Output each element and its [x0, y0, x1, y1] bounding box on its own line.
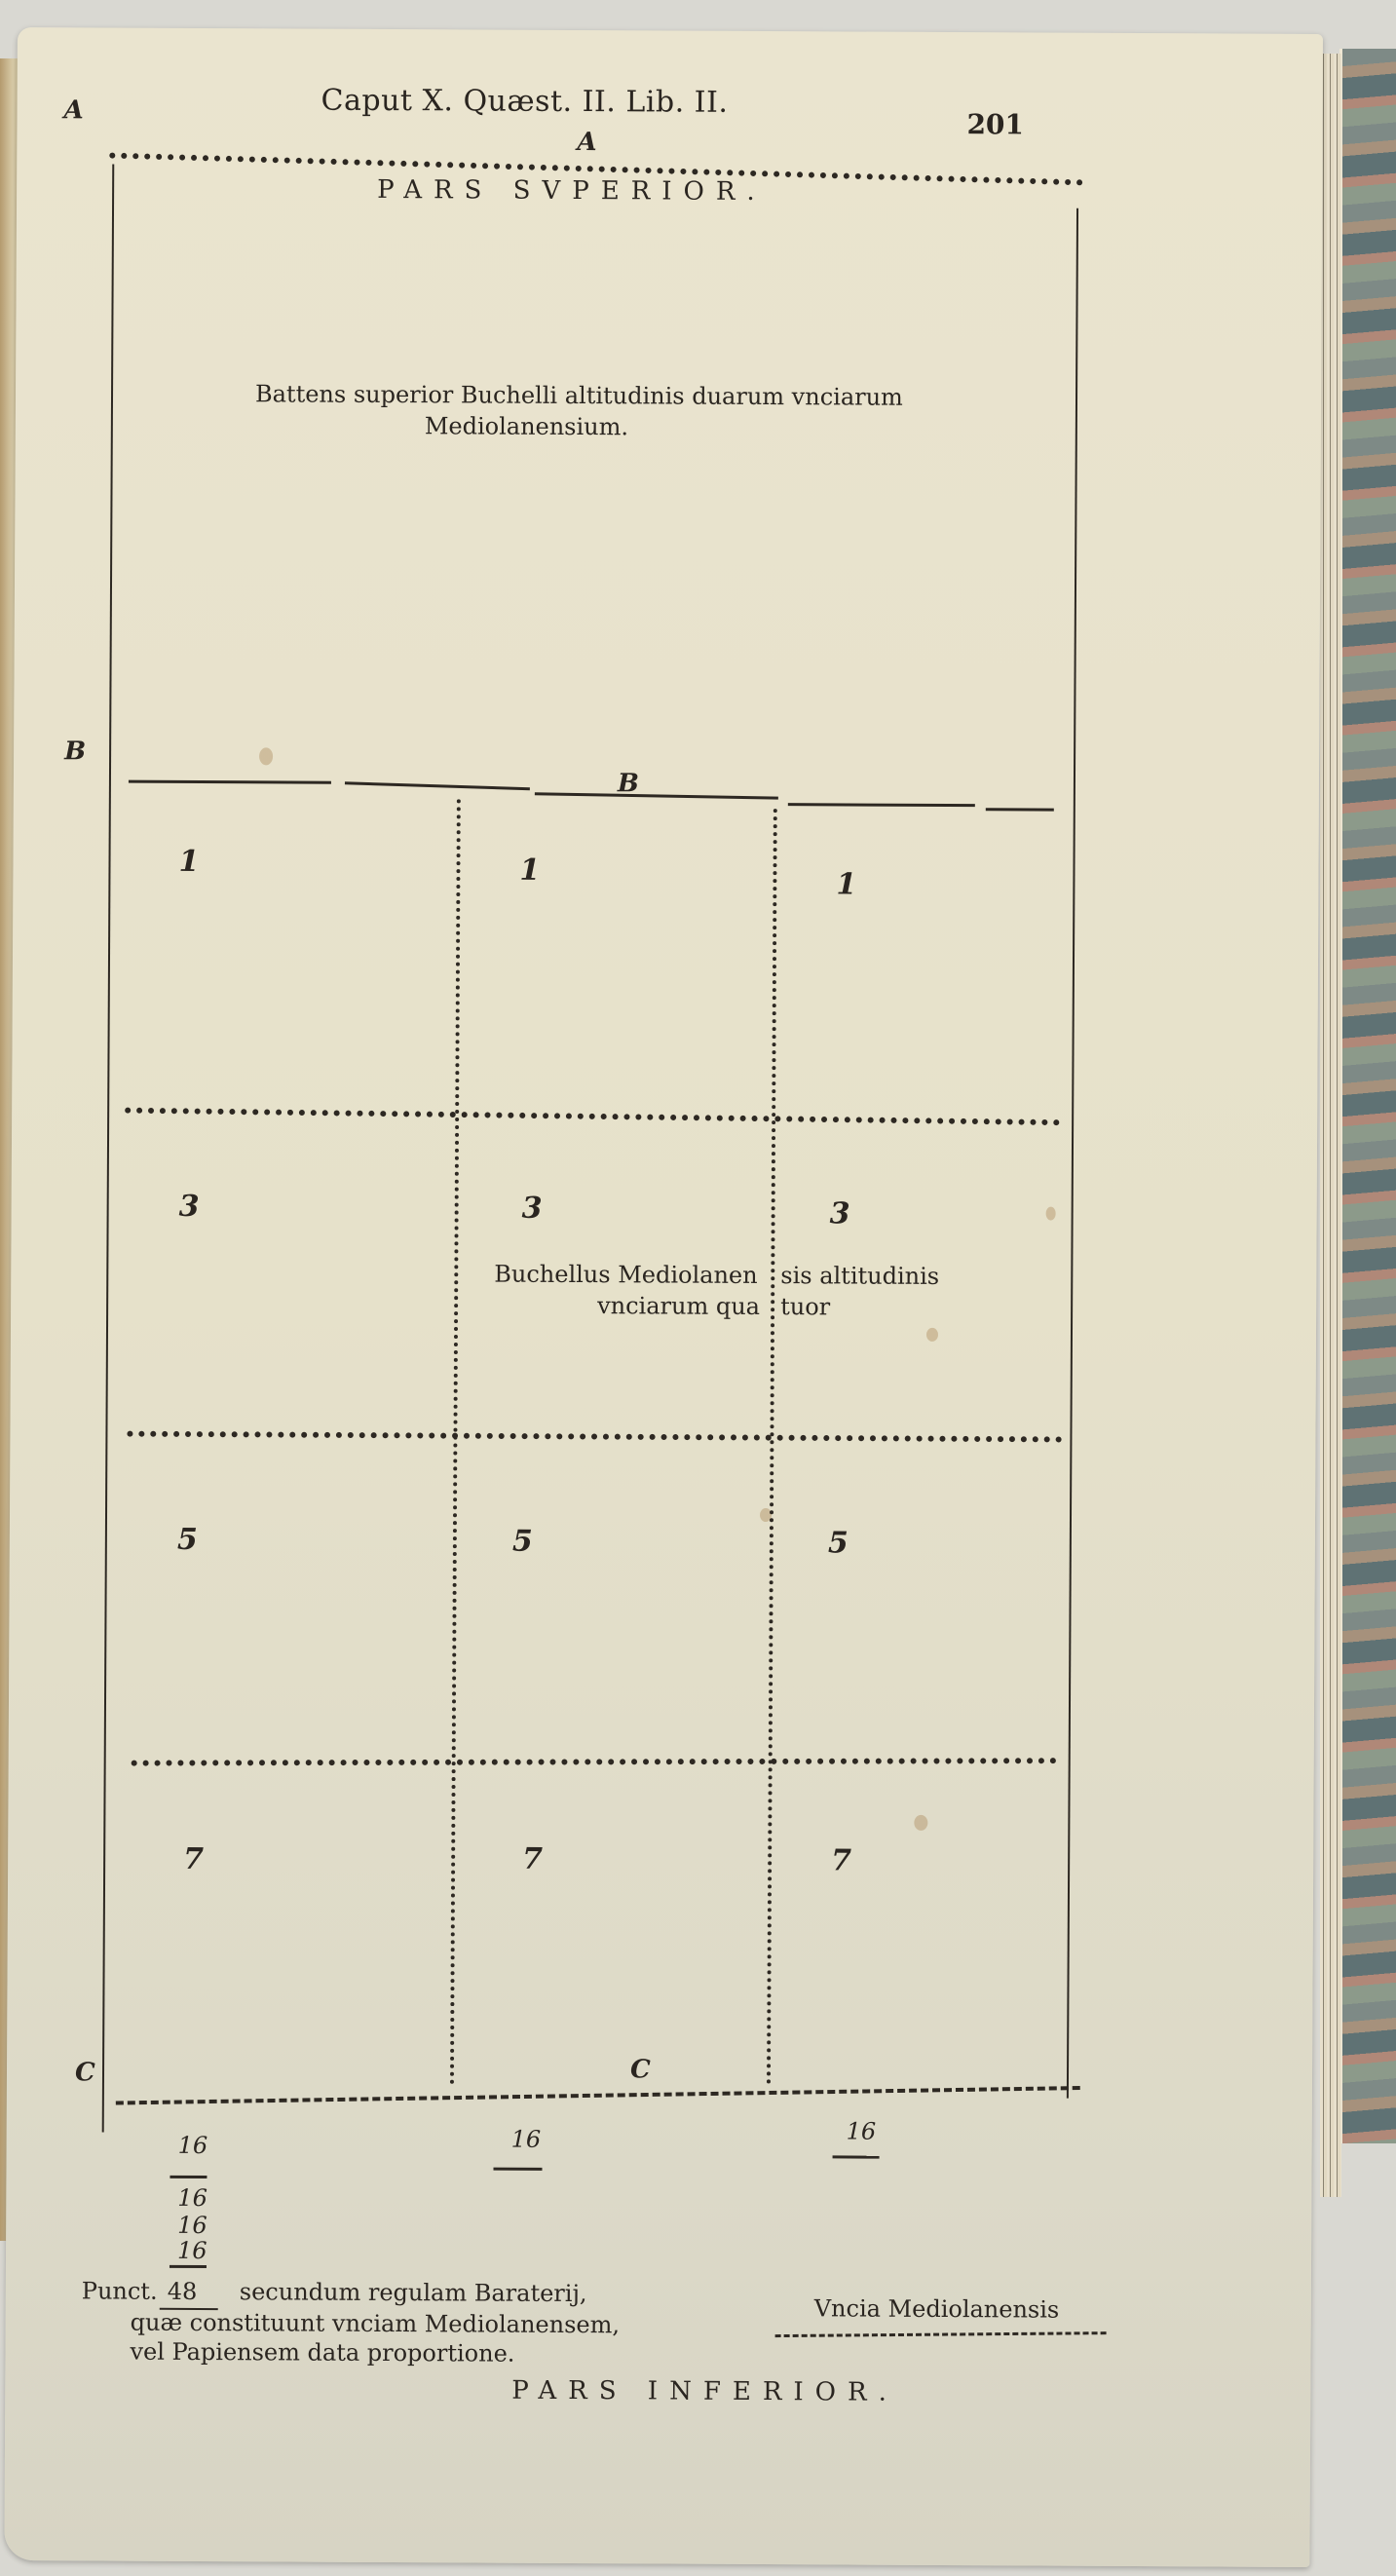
- cell-number-r3c2: 5: [512, 1525, 533, 1559]
- marker-c-left: C: [75, 2058, 95, 2087]
- b-line-segment: [788, 803, 975, 807]
- scale-label: Vncia Mediolanensis: [814, 2293, 1060, 2324]
- frame-left-line: [102, 165, 115, 2133]
- uncia-scale-line: [775, 2331, 1107, 2337]
- fraction-bar: [170, 2265, 207, 2268]
- footnote-line3: vel Papiensem data proportione.: [130, 2337, 514, 2368]
- frame-right-line: [1067, 208, 1078, 2099]
- book-fore-edge: [1339, 49, 1396, 2143]
- middle-caption-line2-left: vnciarum qua: [597, 1291, 760, 1321]
- cell-number-r1c1: 1: [178, 845, 199, 879]
- footnote-line1: secundum regulam Baraterij,: [240, 2277, 587, 2308]
- pars-inferior-label: PARS INFERIOR.: [511, 2376, 898, 2407]
- grid-row-divider: [127, 1431, 1062, 1443]
- footnote-label: Punct.: [82, 2276, 158, 2305]
- fraction-col1-16d: 16: [177, 2236, 208, 2265]
- cell-number-r3c1: 5: [177, 1523, 198, 1557]
- grid-column-divider: [450, 799, 461, 2085]
- bottom-border-line: [116, 2086, 1080, 2105]
- cell-number-r1c2: 1: [519, 853, 540, 888]
- fraction-bar: [170, 2176, 207, 2178]
- cell-number-r4c3: 7: [831, 1843, 851, 1877]
- fraction-bar: [493, 2168, 542, 2171]
- cell-number-r1c3: 1: [836, 867, 856, 901]
- fraction-bar: [833, 2155, 880, 2158]
- page-number: 201: [966, 108, 1024, 140]
- page-stack: [1320, 54, 1341, 2197]
- stain: [926, 1328, 938, 1342]
- b-line-segment: [345, 781, 530, 790]
- middle-caption-line1-left: Buchellus Mediolanen: [494, 1260, 757, 1290]
- upper-caption-line1: Battens superior Buchelli altitudinis du…: [255, 379, 903, 411]
- footnote-value: 48: [168, 2277, 198, 2306]
- cell-number-r2c2: 3: [522, 1192, 543, 1226]
- b-line-segment: [986, 808, 1054, 811]
- cell-number-r4c1: 7: [183, 1842, 204, 1876]
- stain: [1046, 1207, 1056, 1221]
- cell-number-r4c2: 7: [522, 1842, 543, 1876]
- cell-number-r3c3: 5: [828, 1526, 849, 1560]
- b-line-segment: [535, 792, 778, 799]
- grid-column-divider: [767, 809, 777, 2085]
- signature-mark-center: A: [577, 128, 596, 157]
- grid-row-divider: [132, 1758, 1057, 1765]
- middle-caption-line1-right: sis altitudinis: [780, 1261, 939, 1291]
- marker-c-center: C: [630, 2055, 651, 2084]
- pars-superior-label: PARS SVPERIOR.: [377, 175, 767, 207]
- running-head: Caput X. Quæst. II. Lib. II.: [321, 84, 729, 120]
- cell-number-r2c3: 3: [830, 1196, 850, 1231]
- cell-number-r2c1: 3: [179, 1190, 200, 1224]
- middle-caption-line2-right: tuor: [780, 1292, 830, 1321]
- fraction-col2-16: 16: [511, 2125, 542, 2154]
- grid-row-divider: [125, 1108, 1060, 1126]
- fraction-col3-16: 16: [847, 2116, 877, 2145]
- signature-mark-left: A: [63, 95, 83, 125]
- marker-b-left: B: [64, 737, 86, 766]
- book-page: A Caput X. Quæst. II. Lib. II. A 201 PAR…: [4, 27, 1323, 2567]
- b-line-segment: [129, 780, 331, 784]
- stain: [914, 1815, 927, 1831]
- fraction-col1-16a: 16: [178, 2131, 208, 2160]
- stain: [259, 747, 273, 765]
- footnote-line2: quæ constituunt vnciam Mediolanensem,: [131, 2308, 621, 2340]
- upper-caption-line2: Mediolanensium.: [425, 411, 628, 441]
- fraction-col1-16b: 16: [177, 2183, 208, 2213]
